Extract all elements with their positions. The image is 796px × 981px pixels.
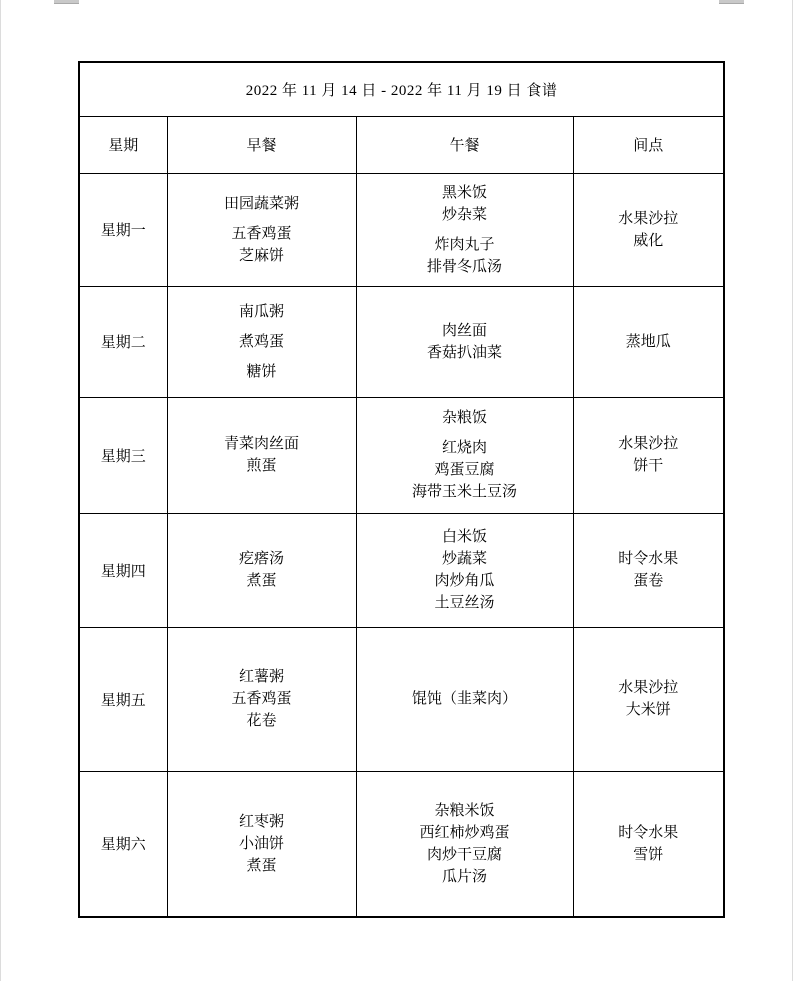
day-cell: 星期六 (79, 771, 167, 917)
menu-item-line: 煮蛋 (168, 855, 356, 877)
breakfast-cell: 红枣粥小油饼煮蛋 (167, 771, 356, 917)
line-gap (168, 215, 356, 223)
menu-item-line: 煮鸡蛋 (168, 331, 356, 353)
lunch-cell: 肉丝面香菇扒油菜 (356, 286, 573, 397)
breakfast-cell: 青菜肉丝面煎蛋 (167, 397, 356, 513)
menu-item-line: 蛋卷 (574, 570, 724, 592)
menu-item-line: 大米饼 (574, 699, 724, 721)
menu-item-line: 土豆丝汤 (357, 592, 573, 614)
menu-item-line: 香菇扒油菜 (357, 342, 573, 364)
lunch-cell: 杂粮米饭西红柿炒鸡蛋肉炒干豆腐瓜片汤 (356, 771, 573, 917)
menu-item-line: 炒蔬菜 (357, 548, 573, 570)
column-header: 间点 (573, 116, 724, 173)
menu-item-line: 炒杂菜 (357, 204, 573, 226)
column-header: 星期 (79, 116, 167, 173)
menu-item-line: 肉炒干豆腐 (357, 844, 573, 866)
page-left-edge-line (0, 0, 1, 981)
table-row: 星期六红枣粥小油饼煮蛋杂粮米饭西红柿炒鸡蛋肉炒干豆腐瓜片汤时令水果雪饼 (79, 771, 724, 917)
menu-item-line: 红枣粥 (168, 811, 356, 833)
snack-cell: 水果沙拉大米饼 (573, 627, 724, 771)
menu-item-line: 海带玉米土豆汤 (357, 481, 573, 503)
snack-cell: 水果沙拉威化 (573, 173, 724, 286)
table-row: 星期四疙瘩汤煮蛋白米饭炒蔬菜肉炒角瓜土豆丝汤时令水果蛋卷 (79, 513, 724, 627)
table-row: 星期一田园蔬菜粥五香鸡蛋芝麻饼黑米饭炒杂菜炸肉丸子排骨冬瓜汤水果沙拉威化 (79, 173, 724, 286)
menu-item-line: 肉炒角瓜 (357, 570, 573, 592)
menu-item-line: 田园蔬菜粥 (168, 193, 356, 215)
lunch-cell: 白米饭炒蔬菜肉炒角瓜土豆丝汤 (356, 513, 573, 627)
snack-cell: 水果沙拉饼干 (573, 397, 724, 513)
menu-item-line: 水果沙拉 (574, 433, 724, 455)
menu-item-line: 五香鸡蛋 (168, 688, 356, 710)
menu-item-line: 煎蛋 (168, 455, 356, 477)
snack-cell: 时令水果雪饼 (573, 771, 724, 917)
menu-item-line: 时令水果 (574, 548, 724, 570)
header-row: 星期早餐午餐间点 (79, 116, 724, 173)
menu-item-line: 西红柿炒鸡蛋 (357, 822, 573, 844)
line-gap (357, 429, 573, 437)
menu-item-line: 黑米饭 (357, 182, 573, 204)
lunch-cell: 杂粮饭红烧肉鸡蛋豆腐海带玉米土豆汤 (356, 397, 573, 513)
table-row: 星期二南瓜粥煮鸡蛋糖饼肉丝面香菇扒油菜蒸地瓜 (79, 286, 724, 397)
top-edge-fragment-left (54, 0, 79, 4)
breakfast-cell: 田园蔬菜粥五香鸡蛋芝麻饼 (167, 173, 356, 286)
title-row: 2022 年 11 月 14 日 - 2022 年 11 月 19 日 食谱 (79, 62, 724, 116)
menu-item-line: 蒸地瓜 (574, 331, 724, 353)
menu-item-line: 肉丝面 (357, 320, 573, 342)
menu-item-line: 水果沙拉 (574, 208, 724, 230)
menu-item-line: 雪饼 (574, 844, 724, 866)
snack-cell: 蒸地瓜 (573, 286, 724, 397)
line-gap (168, 323, 356, 331)
menu-item-line: 芝麻饼 (168, 245, 356, 267)
menu-item-line: 威化 (574, 230, 724, 252)
menu-item-line: 排骨冬瓜汤 (357, 256, 573, 278)
menu-item-line: 饼干 (574, 455, 724, 477)
breakfast-cell: 南瓜粥煮鸡蛋糖饼 (167, 286, 356, 397)
lunch-cell: 馄饨（韭菜肉） (356, 627, 573, 771)
column-header: 午餐 (356, 116, 573, 173)
menu-item-line: 时令水果 (574, 822, 724, 844)
menu-item-line: 小油饼 (168, 833, 356, 855)
menu-title: 2022 年 11 月 14 日 - 2022 年 11 月 19 日 食谱 (79, 62, 724, 116)
menu-item-line: 瓜片汤 (357, 866, 573, 888)
day-cell: 星期五 (79, 627, 167, 771)
menu-item-line: 南瓜粥 (168, 301, 356, 323)
menu-item-line: 青菜肉丝面 (168, 433, 356, 455)
menu-table: 2022 年 11 月 14 日 - 2022 年 11 月 19 日 食谱 星… (78, 61, 725, 918)
menu-item-line: 鸡蛋豆腐 (357, 459, 573, 481)
column-header: 早餐 (167, 116, 356, 173)
menu-item-line: 水果沙拉 (574, 677, 724, 699)
menu-item-line: 杂粮米饭 (357, 800, 573, 822)
line-gap (357, 226, 573, 234)
line-gap (168, 353, 356, 361)
menu-item-line: 煮蛋 (168, 570, 356, 592)
day-cell: 星期三 (79, 397, 167, 513)
table-row: 星期三青菜肉丝面煎蛋杂粮饭红烧肉鸡蛋豆腐海带玉米土豆汤水果沙拉饼干 (79, 397, 724, 513)
document-page: 2022 年 11 月 14 日 - 2022 年 11 月 19 日 食谱 星… (0, 0, 796, 981)
menu-item-line: 疙瘩汤 (168, 548, 356, 570)
day-cell: 星期一 (79, 173, 167, 286)
lunch-cell: 黑米饭炒杂菜炸肉丸子排骨冬瓜汤 (356, 173, 573, 286)
menu-item-line: 红烧肉 (357, 437, 573, 459)
snack-cell: 时令水果蛋卷 (573, 513, 724, 627)
table-row: 星期五红薯粥五香鸡蛋花卷馄饨（韭菜肉）水果沙拉大米饼 (79, 627, 724, 771)
day-cell: 星期四 (79, 513, 167, 627)
menu-item-line: 杂粮饭 (357, 407, 573, 429)
breakfast-cell: 红薯粥五香鸡蛋花卷 (167, 627, 356, 771)
menu-item-line: 白米饭 (357, 526, 573, 548)
breakfast-cell: 疙瘩汤煮蛋 (167, 513, 356, 627)
page-right-edge-line (792, 0, 793, 981)
menu-item-line: 炸肉丸子 (357, 234, 573, 256)
menu-item-line: 花卷 (168, 710, 356, 732)
menu-item-line: 红薯粥 (168, 666, 356, 688)
top-edge-fragment-right (719, 0, 744, 4)
menu-item-line: 馄饨（韭菜肉） (357, 688, 573, 710)
day-cell: 星期二 (79, 286, 167, 397)
menu-item-line: 糖饼 (168, 361, 356, 383)
menu-item-line: 五香鸡蛋 (168, 223, 356, 245)
